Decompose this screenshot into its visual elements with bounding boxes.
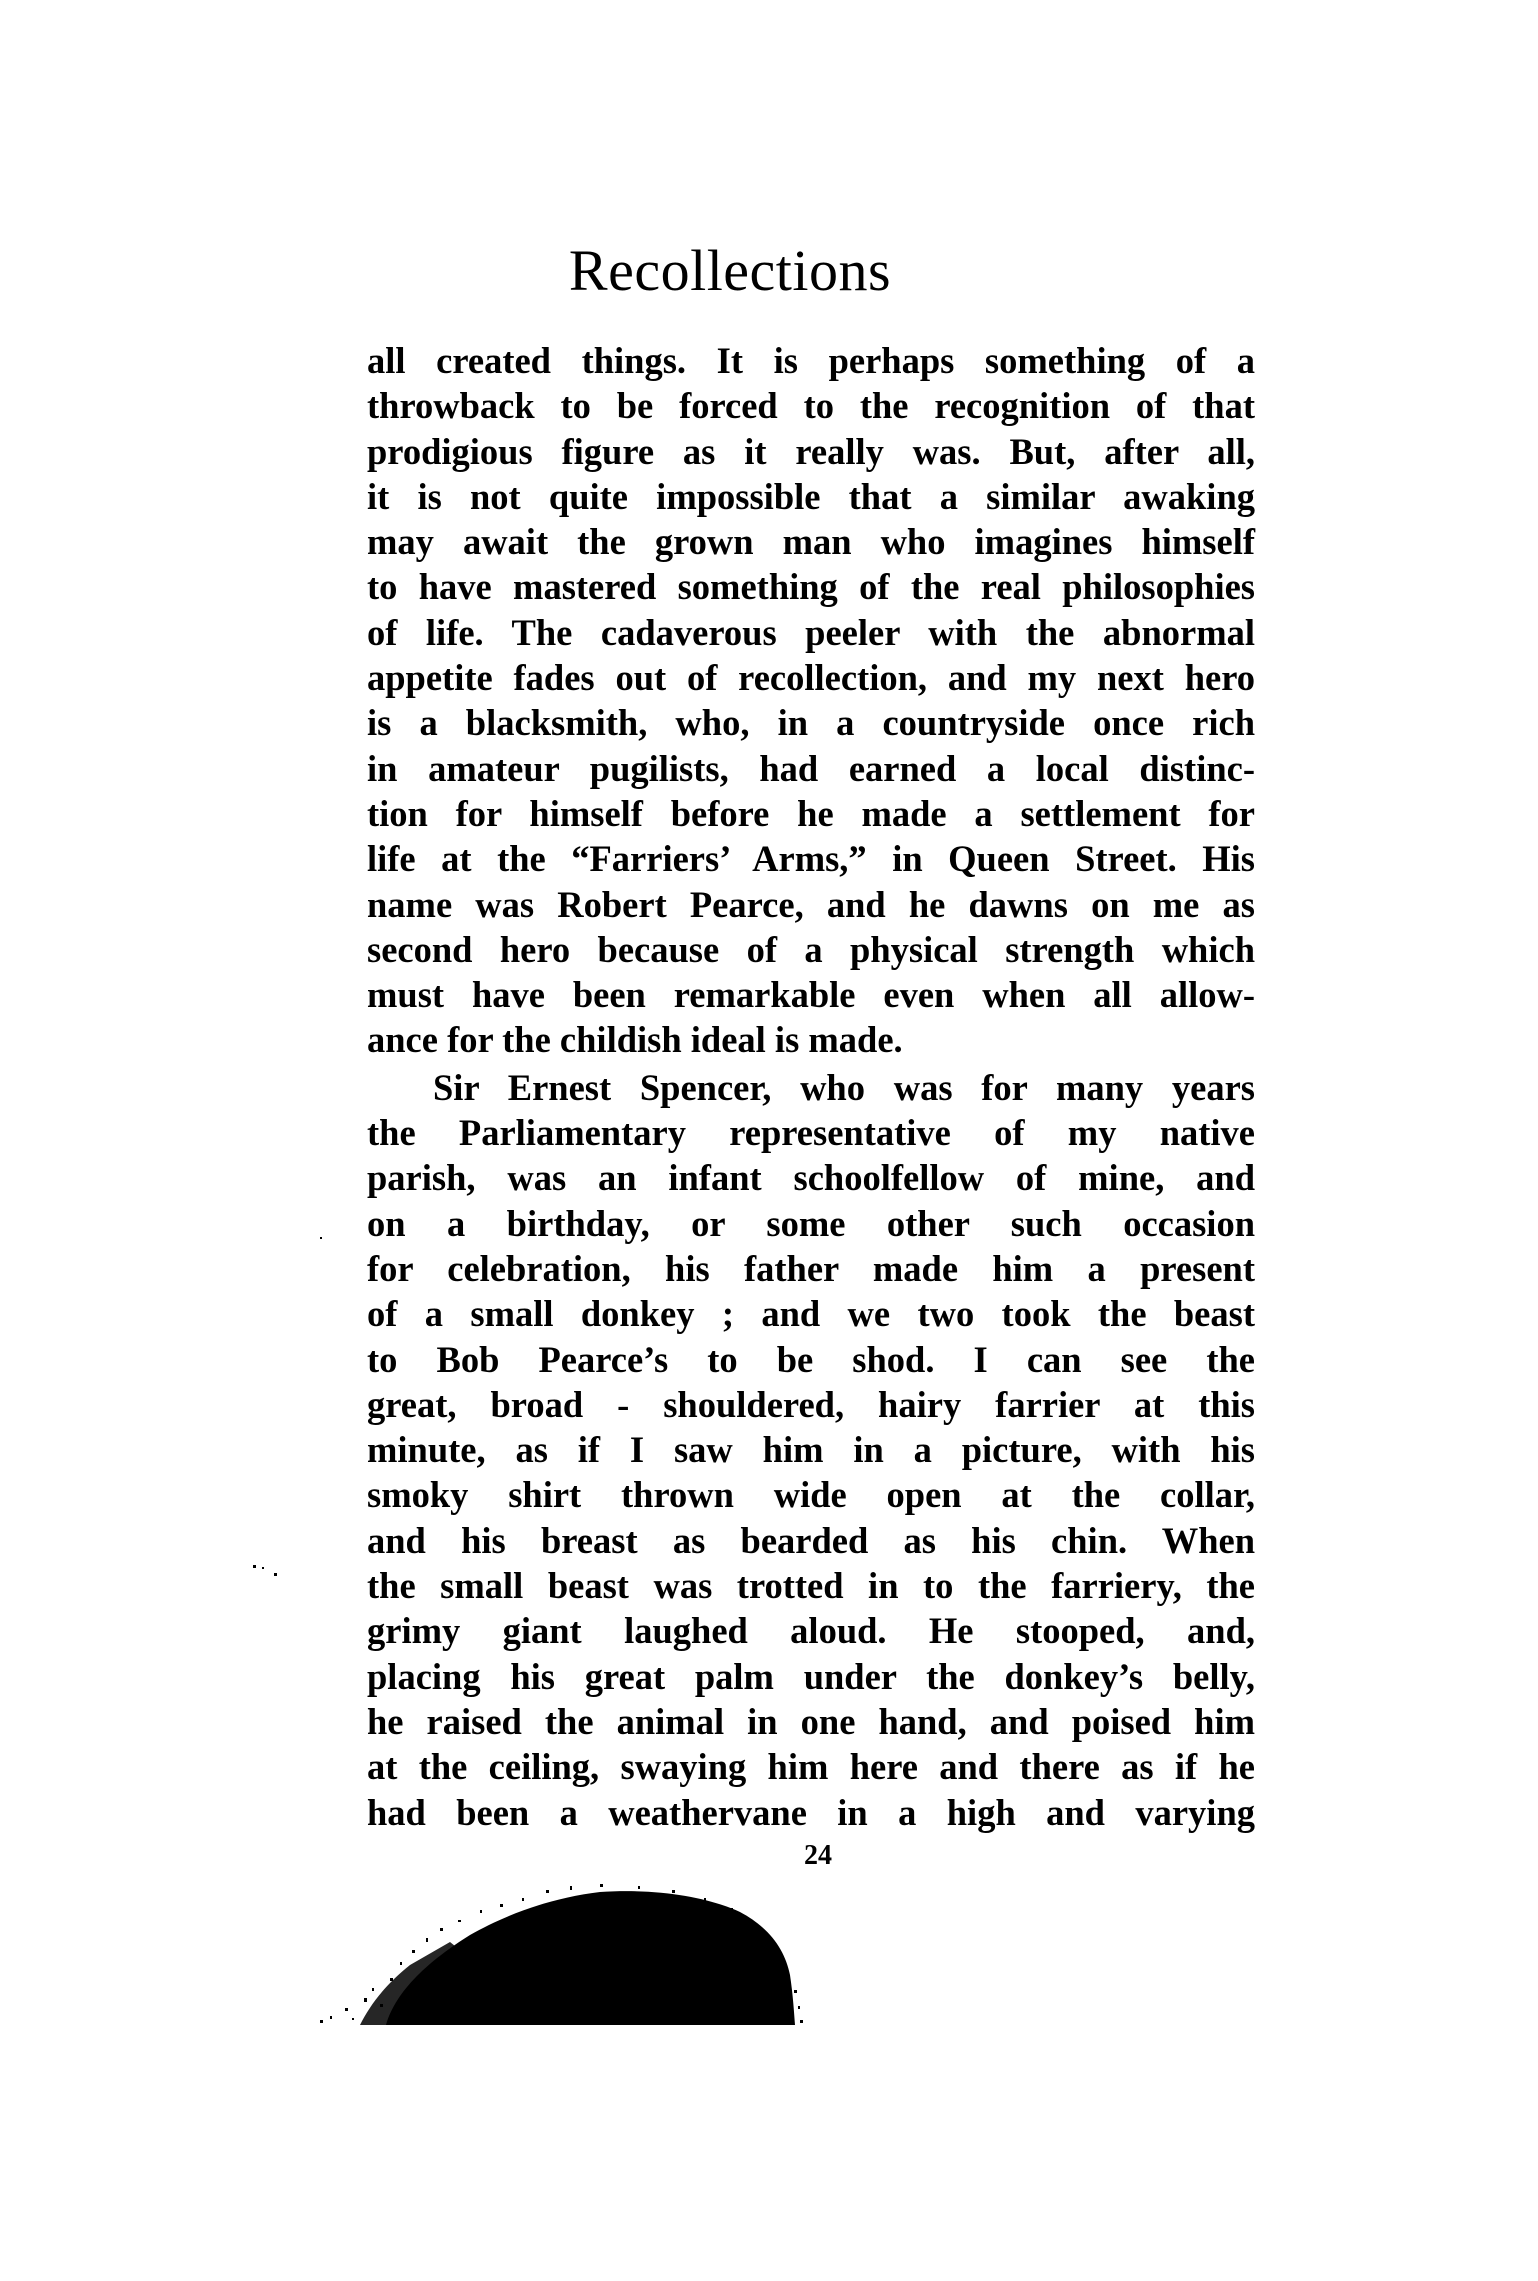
dust-speck: [320, 1237, 322, 1239]
text-line: tion for himself before he made a settle…: [367, 791, 1255, 836]
text-line: second hero because of a physical streng…: [367, 927, 1255, 972]
text-line: to Bob Pearce’s to be shod. I can see th…: [367, 1337, 1255, 1382]
book-page: Recollections all created things. It is …: [0, 0, 1538, 2281]
text-line: in amateur pugilists, had earned a local…: [367, 746, 1255, 791]
text-line: placing his great palm under the donkey’…: [367, 1654, 1255, 1699]
ink-blot-artifact: [300, 1880, 820, 2030]
text-line: name was Robert Pearce, and he dawns on …: [367, 882, 1255, 927]
text-line: he raised the animal in one hand, and po…: [367, 1699, 1255, 1744]
text-line: all created things. It is perhaps someth…: [367, 338, 1255, 383]
text-line: and his breast as bearded as his chin. W…: [367, 1518, 1255, 1563]
text-line: for celebration, his father made him a p…: [367, 1246, 1255, 1291]
text-line: parish, was an infant schoolfellow of mi…: [367, 1155, 1255, 1200]
text-line: throwback to be forced to the recognitio…: [367, 383, 1255, 428]
text-line: the Parliamentary representative of my n…: [367, 1110, 1255, 1155]
dust-speck: [253, 1565, 256, 1568]
text-line: the small beast was trotted in to the fa…: [367, 1563, 1255, 1608]
text-line: of life. The cadaverous peeler with the …: [367, 610, 1255, 655]
text-line: great, broad - shouldered, hairy farrier…: [367, 1382, 1255, 1427]
text-line: is a blacksmith, who, in a countryside o…: [367, 700, 1255, 745]
text-line: on a birthday, or some other such occasi…: [367, 1201, 1255, 1246]
text-line: at the ceiling, swaying him here and the…: [367, 1744, 1255, 1789]
body-text: all created things. It is perhaps someth…: [367, 338, 1255, 1835]
text-line: minute, as if I saw him in a picture, wi…: [367, 1427, 1255, 1472]
text-line: smoky shirt thrown wide open at the coll…: [367, 1472, 1255, 1517]
text-line: must have been remarkable even when all …: [367, 972, 1255, 1017]
page-number: 24: [798, 1838, 838, 1874]
dust-speck: [262, 1567, 264, 1569]
text-line: to have mastered something of the real p…: [367, 564, 1255, 609]
text-line: Sir Ernest Spencer, who was for many yea…: [367, 1065, 1255, 1110]
text-line: life at the “Farriers’ Arms,” in Queen S…: [367, 836, 1255, 881]
paragraph-2: Sir Ernest Spencer, who was for many yea…: [367, 1065, 1255, 1835]
text-line: of a small donkey ; and we two took the …: [367, 1291, 1255, 1336]
text-line: appetite fades out of recollection, and …: [367, 655, 1255, 700]
dust-speck: [274, 1573, 277, 1576]
text-line: prodigious figure as it really was. But,…: [367, 429, 1255, 474]
text-line: ance for the childish ideal is made.: [367, 1017, 1255, 1062]
text-line: it is not quite impossible that a simila…: [367, 474, 1255, 519]
text-line: had been a weathervane in a high and var…: [367, 1790, 1255, 1835]
running-head-title: Recollections: [0, 236, 1460, 306]
text-line: may await the grown man who imagines him…: [367, 519, 1255, 564]
text-line: grimy giant laughed aloud. He stooped, a…: [367, 1608, 1255, 1653]
paragraph-1: all created things. It is perhaps someth…: [367, 338, 1255, 1063]
